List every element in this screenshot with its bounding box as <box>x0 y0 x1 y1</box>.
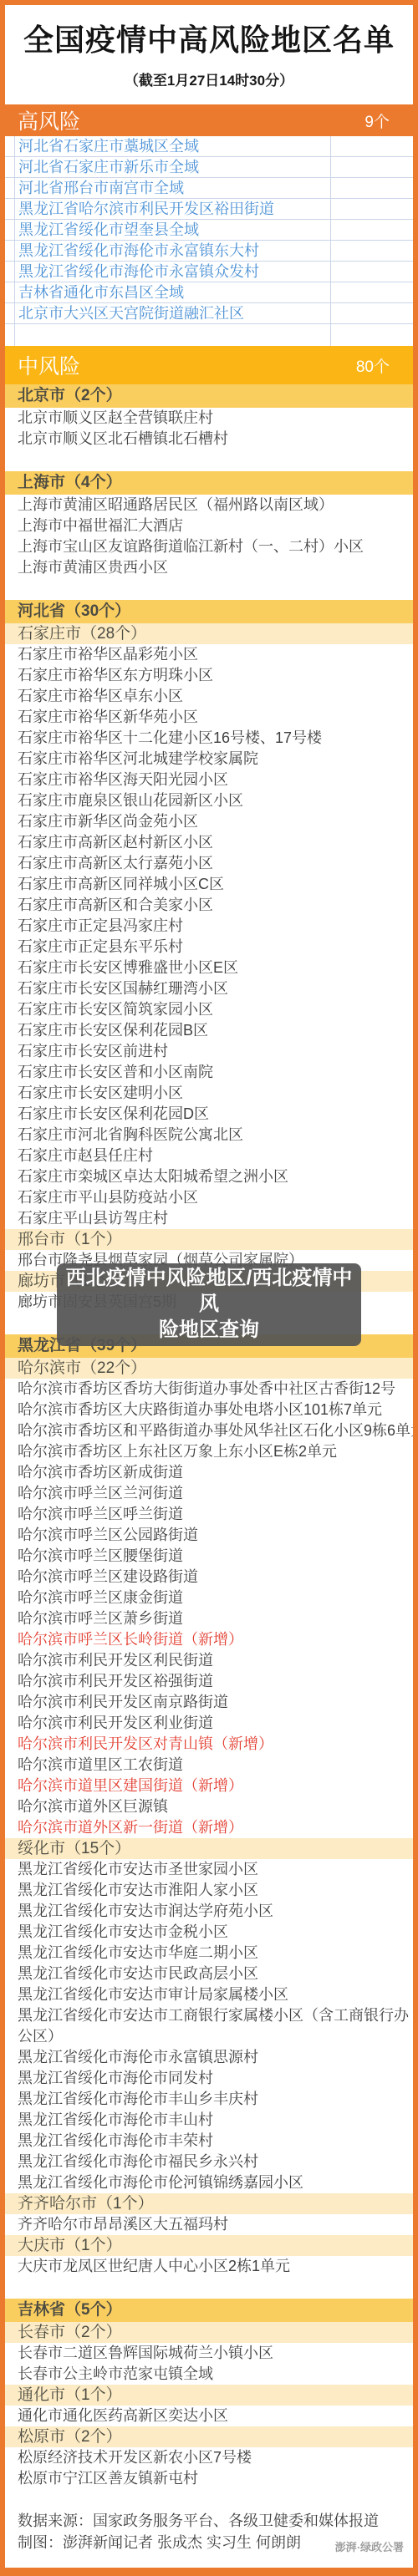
list-item: 哈尔滨市道外区巨源镇 <box>5 1796 413 1817</box>
list-item: 哈尔滨市呼兰区建设路街道 <box>5 1567 413 1588</box>
list-item: 石家庄市正定县东平乐村 <box>5 937 413 958</box>
list-item: 哈尔滨市呼兰区长岭街道（新增） <box>5 1629 413 1650</box>
list-item: 黑龙江省绥化市安达市工商银行家属楼小区（含工商银行办公区） <box>5 2005 413 2047</box>
list-item: 齐齐哈尔市昂昂溪区大五福玛村 <box>5 2214 413 2235</box>
list-item: 黑龙江省绥化市安达市润达学府苑小区 <box>5 1901 413 1922</box>
list-item: 哈尔滨市利民开发区利业街道 <box>5 1713 413 1734</box>
list-item: 石家庄市裕华区河北城建学校家属院 <box>5 749 413 770</box>
credit-text: 制图：澎湃新闻记者 张成杰 实习生 何朗朗 <box>18 2534 301 2551</box>
list-item: 黑龙江省绥化市安达市华庭二期小区 <box>5 1943 413 1964</box>
list-item: 河北省石家庄市藁城区全域 <box>5 136 413 157</box>
province-header: 上海市（4个） <box>5 471 413 495</box>
list-item: 黑龙江省绥化市安达市圣世家园小区 <box>5 1859 413 1880</box>
list-item: 哈尔滨市香坊区香坊大街街道办事处香中社区古香街12号 <box>5 1379 413 1400</box>
high-risk-table: 河北省石家庄市藁城区全域河北省石家庄市新乐市全域河北省邢台市南宫市全域黑龙江省哈… <box>5 136 413 346</box>
caption-line-1: 西北疫情中风险地区/西北疫情中风 <box>57 1265 361 1317</box>
list-item: 黑龙江省绥化市海伦市丰山乡丰庆村 <box>5 2089 413 2110</box>
list-item: 黑龙江省绥化市海伦市永富镇思源村 <box>5 2047 413 2068</box>
list-item: 石家庄市裕华区海天阳光园小区 <box>5 770 413 790</box>
credit-line: 制图：澎湃新闻记者 张成杰 实习生 何朗朗 澎湃·绿政公署 <box>18 2532 400 2553</box>
list-item: 上海市宝山区友谊路街道临江新村（一、二村）小区 <box>5 536 413 557</box>
list-item: 石家庄市裕华区十二化建小区16号楼、17号楼 <box>5 728 413 749</box>
list-item: 石家庄市鹿泉区银山花园新区小区 <box>5 790 413 811</box>
publisher-logo: 澎湃·绿政公署 <box>335 2537 404 2558</box>
list-item: 石家庄市长安区建明小区 <box>5 1083 413 1104</box>
list-item: 长春市公主岭市范家屯镇全域 <box>5 2364 413 2385</box>
table-gridline-left <box>14 136 15 346</box>
list-item: 石家庄市裕华区东方明珠小区 <box>5 665 413 686</box>
empty-row <box>5 324 413 346</box>
list-item: 哈尔滨市呼兰区萧乡街道 <box>5 1608 413 1629</box>
list-item: 河北省邢台市南宫市全域 <box>5 178 413 199</box>
list-item: 石家庄市高新区同祥城小区C区 <box>5 874 413 895</box>
list-item: 哈尔滨市利民开发区裕强街道 <box>5 1671 413 1692</box>
medium-risk-label: 中风险 <box>5 350 80 380</box>
list-item: 黑龙江省绥化市安达市民政高层小区 <box>5 1964 413 1984</box>
province-header: 河北省（30个） <box>5 600 413 623</box>
list-item: 松原经济技术开发区新农小区7号楼 <box>5 2447 413 2468</box>
list-item: 哈尔滨市利民开发区利民街道 <box>5 1650 413 1671</box>
list-item: 哈尔滨市香坊区和平路街道办事处风华社区石化小区9栋6单元 <box>5 1420 413 1441</box>
list-item: 哈尔滨市香坊区上东社区万象上东小区E栋2单元 <box>5 1441 413 1462</box>
list-item: 石家庄市赵县任庄村 <box>5 1146 413 1166</box>
province-header: 吉林省（5个） <box>5 2299 413 2322</box>
list-item: 长春市二道区鲁辉国际城荷兰小镇小区 <box>5 2343 413 2364</box>
list-item: 哈尔滨市呼兰区兰河街道 <box>5 1483 413 1504</box>
section-gap <box>5 578 413 600</box>
list-item: 北京市大兴区天宫院街道融汇社区 <box>5 303 413 324</box>
list-item: 黑龙江省绥化市海伦市伦河镇锦绣嘉园小区 <box>5 2172 413 2193</box>
list-item: 上海市黄浦区贵西小区 <box>5 557 413 578</box>
medium-risk-count: 80个 <box>356 354 413 377</box>
list-item: 哈尔滨市香坊区大庆路街道办事处电塔小区101栋7单元 <box>5 1400 413 1420</box>
list-item: 哈尔滨市利民开发区南京路街道 <box>5 1692 413 1713</box>
high-risk-count: 9个 <box>364 109 413 132</box>
list-item: 石家庄平山县访驾庄村 <box>5 1208 413 1229</box>
city-header: 齐齐哈尔市（1个） <box>5 2193 413 2214</box>
city-header: 长春市（2个） <box>5 2322 413 2343</box>
page-subtitle: （截至1月27日14时30分） <box>5 69 413 89</box>
list-item: 黑龙江省哈尔滨市利民开发区裕田街道 <box>5 199 413 220</box>
list-item: 黑龙江省绥化市海伦市福民乡永兴村 <box>5 2152 413 2172</box>
list-item: 哈尔滨市呼兰区呼兰街道 <box>5 1504 413 1525</box>
city-header: 通化市（1个） <box>5 2385 413 2406</box>
list-item: 石家庄市裕华区新华苑小区 <box>5 707 413 728</box>
list-item: 哈尔滨市呼兰区康金街道 <box>5 1588 413 1608</box>
medium-risk-list: 北京市（2个）北京市顺义区赵全营镇联庄村北京市顺义区北石槽镇北石槽村上海市（4个… <box>5 384 413 2489</box>
list-item: 通化市通化医药高新区奕达小区 <box>5 2406 413 2426</box>
list-item: 黑龙江省绥化市安达市金税小区 <box>5 1922 413 1943</box>
list-item: 黑龙江省绥化市海伦市丰荣村 <box>5 2131 413 2152</box>
city-header: 哈尔滨市（22个） <box>5 1358 413 1379</box>
list-item: 石家庄市平山县防疫站小区 <box>5 1187 413 1208</box>
city-header: 绥化市（15个） <box>5 1838 413 1859</box>
list-item: 北京市顺义区赵全营镇联庄村 <box>5 408 413 429</box>
list-item: 石家庄市长安区博雅盛世小区E区 <box>5 958 413 978</box>
list-item: 河北省石家庄市新乐市全域 <box>5 157 413 178</box>
infographic-poster: 全国疫情中高风险地区名单 （截至1月27日14时30分） 高风险 9个 河北省石… <box>0 0 418 2576</box>
list-item: 石家庄市长安区普和小区南院 <box>5 1062 413 1083</box>
list-item: 黑龙江省绥化市望奎县全域 <box>5 220 413 241</box>
province-header: 北京市（2个） <box>5 384 413 408</box>
list-item: 黑龙江省绥化市海伦市永富镇东大村 <box>5 241 413 262</box>
list-item: 石家庄市河北省胸科医院公寓北区 <box>5 1125 413 1146</box>
list-item: 石家庄市长安区前进村 <box>5 1041 413 1062</box>
list-item: 北京市顺义区北石槽镇北石槽村 <box>5 429 413 450</box>
list-item: 哈尔滨市呼兰区腰堡街道 <box>5 1546 413 1567</box>
list-item: 石家庄市高新区太行嘉苑小区 <box>5 853 413 874</box>
city-header: 邢台市（1个） <box>5 1229 413 1250</box>
page-title: 全国疫情中高风险地区名单 <box>5 5 413 59</box>
list-item: 石家庄市正定县冯家庄村 <box>5 916 413 937</box>
city-header: 石家庄市（28个） <box>5 623 413 644</box>
city-header: 松原市（2个） <box>5 2426 413 2447</box>
list-item: 黑龙江省绥化市安达市审计局家属楼小区 <box>5 1984 413 2005</box>
list-item: 石家庄市高新区和合美家小区 <box>5 895 413 916</box>
list-item: 石家庄市长安区国赫红珊湾小区 <box>5 978 413 999</box>
list-item: 石家庄市栾城区卓达太阳城希望之洲小区 <box>5 1166 413 1187</box>
high-risk-rows: 河北省石家庄市藁城区全域河北省石家庄市新乐市全域河北省邢台市南宫市全域黑龙江省哈… <box>5 136 413 324</box>
list-item: 石家庄市裕华区晶彩苑小区 <box>5 644 413 665</box>
list-item: 哈尔滨市道外区新一街道（新增） <box>5 1817 413 1838</box>
watermark-caption: 西北疫情中风险地区/西北疫情中风 险地区查询 <box>57 1263 361 1346</box>
list-item: 石家庄市长安区简筑家园小区 <box>5 999 413 1020</box>
caption-line-2: 险地区查询 <box>57 1317 361 1343</box>
list-item: 哈尔滨市利民开发区对青山镇（新增） <box>5 1734 413 1755</box>
title-area: 全国疫情中高风险地区名单 （截至1月27日14时30分） <box>5 5 413 104</box>
section-gap <box>5 450 413 471</box>
section-gap <box>5 2277 413 2299</box>
list-item: 石家庄市长安区保利花园B区 <box>5 1020 413 1041</box>
medium-risk-header: 中风险 80个 <box>5 346 413 384</box>
list-item: 上海市中福世福汇大酒店 <box>5 516 413 536</box>
table-gridline-right <box>330 136 331 346</box>
list-item: 石家庄市裕华区卓东小区 <box>5 686 413 707</box>
high-risk-header: 高风险 9个 <box>5 104 413 136</box>
list-item: 黑龙江省绥化市海伦市丰山村 <box>5 2110 413 2131</box>
list-item: 黑龙江省绥化市安达市淮阳人家小区 <box>5 1880 413 1901</box>
list-item: 黑龙江省绥化市海伦市永富镇众发村 <box>5 262 413 282</box>
list-item: 哈尔滨市道里区工农街道 <box>5 1755 413 1776</box>
list-item: 吉林省通化市东昌区全域 <box>5 282 413 303</box>
list-item: 黑龙江省绥化市海伦市同发村 <box>5 2068 413 2089</box>
list-item: 石家庄市新华区尚金苑小区 <box>5 811 413 832</box>
list-item: 哈尔滨市呼兰区公园路街道 <box>5 1525 413 1546</box>
data-source-line: 数据来源：国家政务服务平台、各级卫健委和媒体报道 <box>18 2510 400 2532</box>
list-item: 石家庄市长安区保利花园D区 <box>5 1104 413 1125</box>
list-item: 大庆市龙凤区世纪唐人中心小区2栋1单元 <box>5 2256 413 2277</box>
list-item: 上海市黄浦区昭通路居民区（福州路以南区域） <box>5 495 413 516</box>
high-risk-label: 高风险 <box>5 105 80 135</box>
city-header: 大庆市（1个） <box>5 2235 413 2256</box>
list-item: 石家庄市高新区赵村新区小区 <box>5 832 413 853</box>
footer: 数据来源：国家政务服务平台、各级卫健委和媒体报道 制图：澎湃新闻记者 张成杰 实… <box>5 2489 413 2553</box>
list-item: 哈尔滨市香坊区新成街道 <box>5 1462 413 1483</box>
list-item: 哈尔滨市道里区建国街道（新增） <box>5 1776 413 1796</box>
list-item: 松原市宁江区善友镇新屯村 <box>5 2468 413 2489</box>
